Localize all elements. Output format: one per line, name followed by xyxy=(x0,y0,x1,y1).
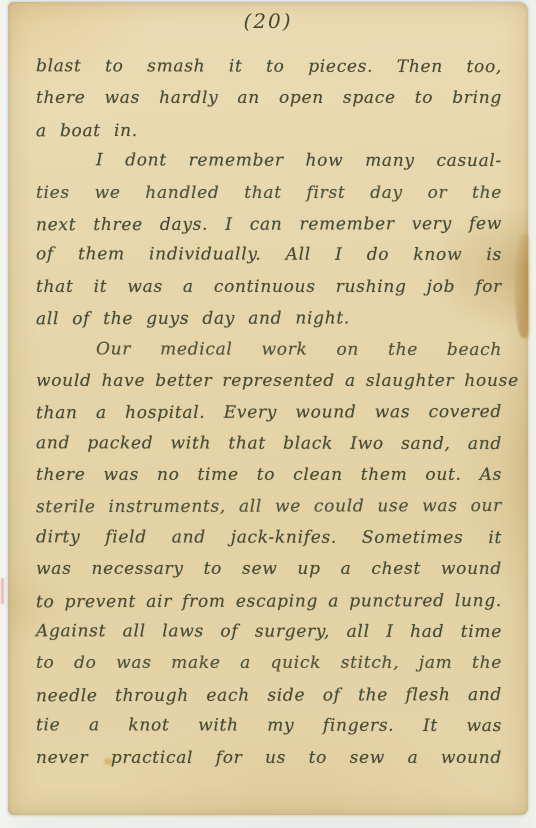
letter-paper: (20) blast to smash it to pieces. Then t… xyxy=(8,2,528,815)
handwritten-line: that it was a continuous rushing job for xyxy=(36,272,502,303)
handwritten-line: there was hardly an open space to bring xyxy=(36,83,502,114)
handwritten-line: there was no time to clean them out. As xyxy=(36,460,502,491)
handwritten-text: blast to smash it to pieces. Then too,th… xyxy=(36,52,502,774)
handwritten-line: a boat in. xyxy=(36,115,502,148)
handwritten-line: was necessary to sew up a chest wound xyxy=(36,554,502,585)
handwritten-line: I dont remember how many casual- xyxy=(36,145,502,177)
handwritten-line: all of the guys day and night. xyxy=(36,303,502,336)
handwritten-line: would have better represented a slaughte… xyxy=(36,366,502,397)
handwritten-line: Against all laws of surgery, all I had t… xyxy=(36,616,502,648)
handwritten-line: to prevent air from escaping a punctured… xyxy=(36,586,502,619)
handwritten-line: ties we handled that first day or the xyxy=(36,178,502,209)
scanner-edge-mark xyxy=(1,578,4,604)
handwritten-line: of them individually. All I do know is xyxy=(36,240,502,272)
handwritten-line: dirty field and jack-knifes. Sometimes i… xyxy=(36,522,502,554)
handwritten-line: tie a knot with my fingers. It was xyxy=(36,710,502,742)
scanned-letter-page: (20) blast to smash it to pieces. Then t… xyxy=(0,0,536,828)
handwritten-line: and packed with that black Iwo sand, and xyxy=(36,428,502,460)
handwritten-line: next three days. I can remember very few xyxy=(36,209,502,242)
handwritten-line: than a hospital. Every wound was covered xyxy=(36,397,502,430)
handwritten-line: blast to smash it to pieces. Then too, xyxy=(36,51,502,83)
handwritten-line: Our medical work on the beach xyxy=(36,334,502,366)
handwritten-line: sterile instruments, all we could use wa… xyxy=(36,491,502,524)
handwritten-line: to do was make a quick stitch, jam the xyxy=(36,648,502,679)
page-number: (20) xyxy=(8,9,528,33)
handwritten-line: needle through each side of the flesh an… xyxy=(36,680,502,713)
handwritten-line: never practical for us to sew a wound xyxy=(36,743,502,774)
paper-stain xyxy=(515,234,529,338)
